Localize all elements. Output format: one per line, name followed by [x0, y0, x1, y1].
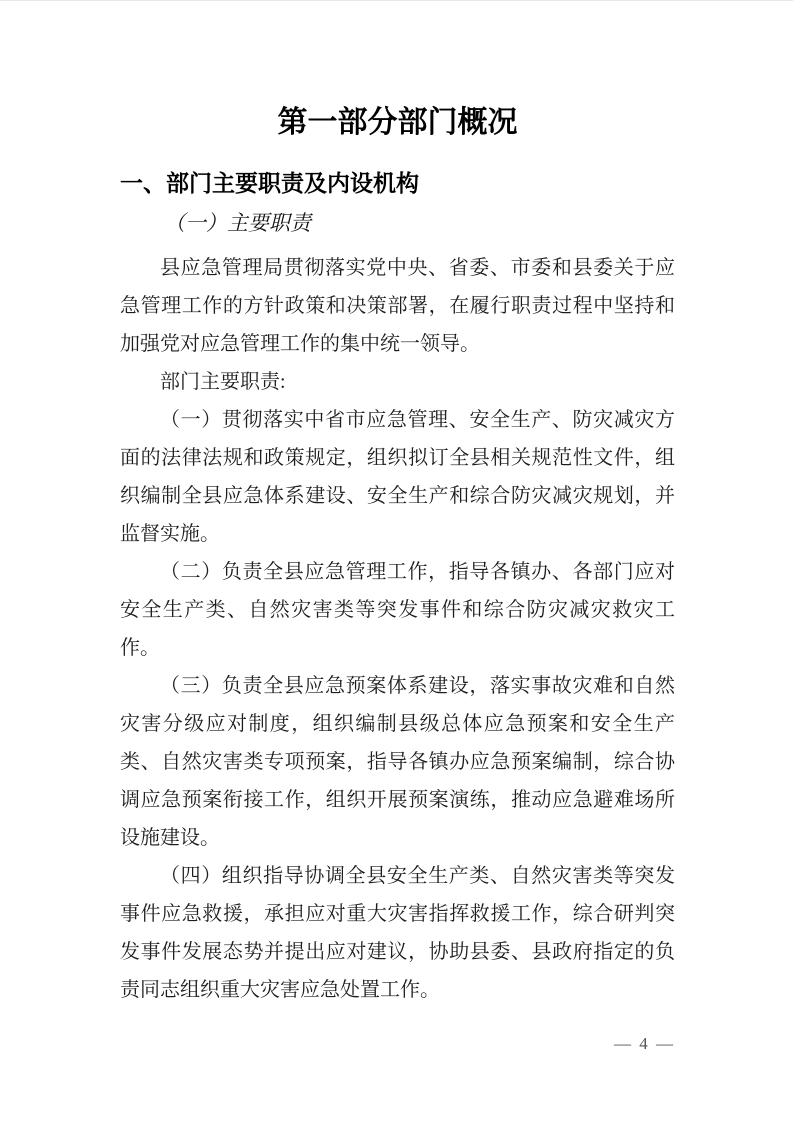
- page-number: — 4 —: [614, 1034, 675, 1053]
- paragraph-duty-4: （四）组织指导协调全县安全生产类、自然灾害类等突发事件应急救援，承担应对重大灾害…: [120, 857, 675, 1009]
- document-page: 第一部分部门概况 一、部门主要职责及内设机构 （一）主要职责 县应急管理局贯彻落…: [0, 0, 793, 1122]
- paragraph-duty-3: （三）负责全县应急预案体系建设，落实事故灾难和自然灾害分级应对制度，组织编制县级…: [120, 667, 675, 857]
- section-heading: 一、部门主要职责及内设机构: [120, 169, 675, 197]
- document-title: 第一部分部门概况: [120, 1, 675, 143]
- paragraph-intro: 县应急管理局贯彻落实党中央、省委、市委和县委关于应急管理工作的方针政策和决策部署…: [120, 249, 675, 363]
- page-content: 第一部分部门概况 一、部门主要职责及内设机构 （一）主要职责 县应急管理局贯彻落…: [120, 1, 675, 1009]
- paragraph-duty-2: （二）负责全县应急管理工作，指导各镇办、各部门应对安全生产类、自然灾害类等突发事…: [120, 553, 675, 667]
- document-body: 县应急管理局贯彻落实党中央、省委、市委和县委关于应急管理工作的方针政策和决策部署…: [120, 249, 675, 1009]
- subsection-heading: （一）主要职责: [120, 208, 675, 239]
- paragraph-duty-1: （一）贯彻落实中省市应急管理、安全生产、防灾减灾方面的法律法规和政策规定，组织拟…: [120, 401, 675, 553]
- paragraph-duties-label: 部门主要职责:: [120, 363, 675, 401]
- page-footer: — 4 —: [614, 1034, 675, 1054]
